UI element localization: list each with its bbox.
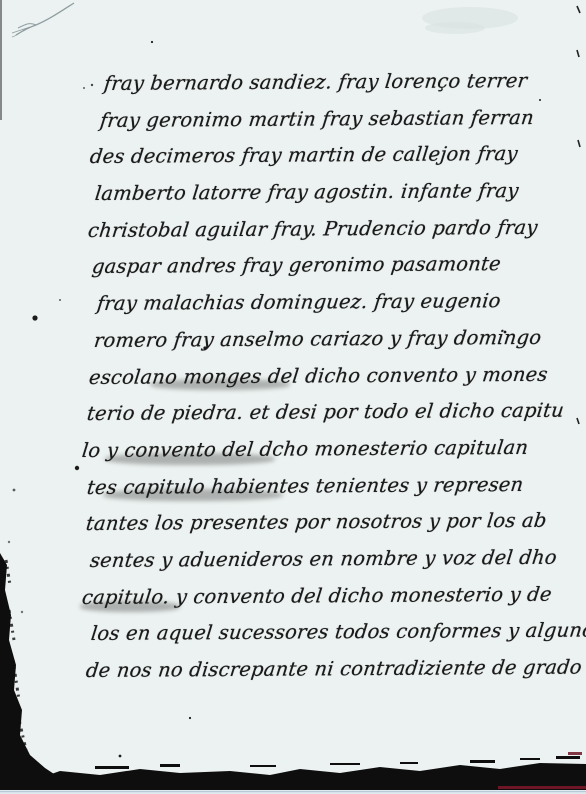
maroon-edge-line bbox=[498, 786, 586, 789]
scan-edge-left-thin bbox=[0, 0, 2, 120]
ink-specks bbox=[8, 41, 541, 757]
scan-edge-bottom-band bbox=[0, 763, 586, 790]
scan-edge-left-band bbox=[0, 553, 60, 778]
paper-smudge bbox=[425, 22, 485, 34]
scan-artifacts bbox=[0, 0, 586, 794]
maroon-edge-dash bbox=[568, 752, 582, 755]
scanned-page: fray bernardo sandiez. fray lorenço terr… bbox=[0, 0, 586, 794]
bottom-strip-line bbox=[0, 791, 586, 792]
right-edge-marks bbox=[577, 6, 580, 424]
scan-edge-bottom-fray bbox=[95, 756, 580, 769]
crease-mark bbox=[12, 3, 74, 37]
